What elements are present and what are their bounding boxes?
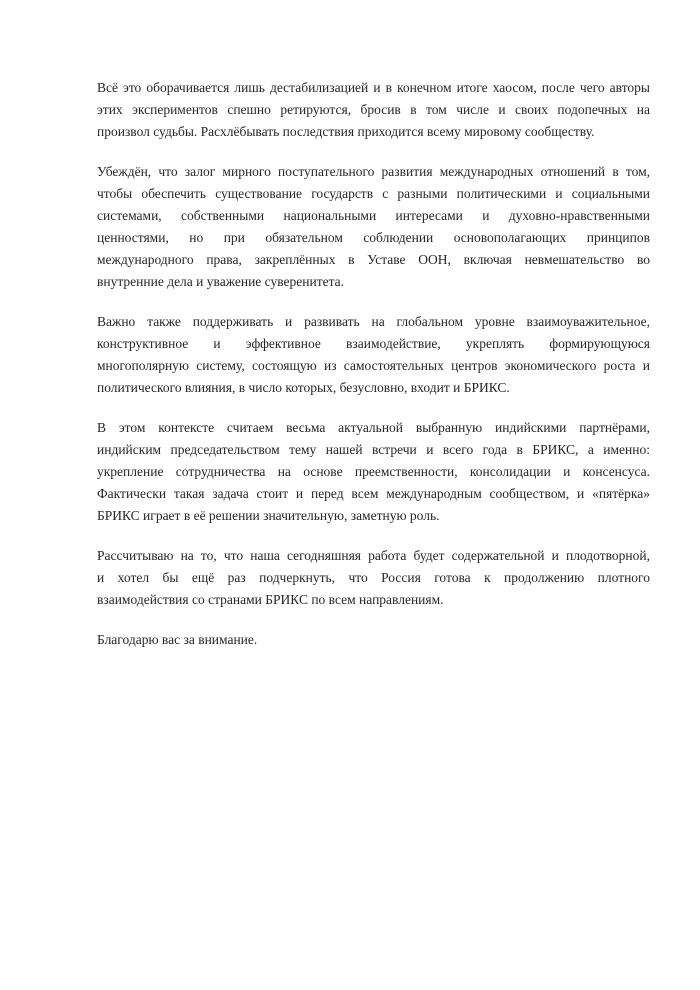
text-line: и хотел бы ещё раз подчеркнуть, что Росс… <box>97 567 650 589</box>
text-line: ценностями, но при обязательном соблюден… <box>97 227 650 249</box>
paragraph-4: В этом контексте считаем весьма актуальн… <box>97 417 650 527</box>
text-line: Важно также поддерживать и развивать на … <box>97 311 650 333</box>
text-line: системами, собственными национальными ин… <box>97 205 650 227</box>
text-line: укрепление сотрудничества на основе прее… <box>97 461 650 483</box>
text-line: этих экспериментов спешно ретируются, бр… <box>97 99 650 121</box>
paragraph-1: Всё это оборачивается лишь дестабилизаци… <box>97 77 650 143</box>
text-line: В этом контексте считаем весьма актуальн… <box>97 417 650 439</box>
text-line: Фактически такая задача стоит и перед вс… <box>97 483 650 505</box>
paragraph-6: Благодарю вас за внимание. <box>97 629 650 651</box>
text-line: чтобы обеспечить существование государст… <box>97 183 650 205</box>
text-line: внутренние дела и уважение суверенитета. <box>97 271 650 293</box>
text-line: Рассчитываю на то, что наша сегодняшняя … <box>97 545 650 567</box>
paragraph-5: Рассчитываю на то, что наша сегодняшняя … <box>97 545 650 611</box>
text-line: конструктивное и эффективное взаимодейст… <box>97 333 650 355</box>
text-line: Убеждён, что залог мирного поступательно… <box>97 161 650 183</box>
text-line: произвол судьбы. Расхлёбывать последстви… <box>97 121 650 143</box>
text-line: многополярную систему, состоящую из само… <box>97 355 650 377</box>
document-body: Всё это оборачивается лишь дестабилизаци… <box>97 77 650 669</box>
text-line: Всё это оборачивается лишь дестабилизаци… <box>97 77 650 99</box>
text-line: индийским председательством тему нашей в… <box>97 439 650 461</box>
text-line: политического влияния, в число которых, … <box>97 377 650 399</box>
text-line: взаимодействия со странами БРИКС по всем… <box>97 589 650 611</box>
text-line: международного права, закреплённых в Уст… <box>97 249 650 271</box>
text-line: Благодарю вас за внимание. <box>97 629 650 651</box>
text-line: БРИКС играет в её решении значительную, … <box>97 505 650 527</box>
paragraph-3: Важно также поддерживать и развивать на … <box>97 311 650 399</box>
paragraph-2: Убеждён, что залог мирного поступательно… <box>97 161 650 293</box>
